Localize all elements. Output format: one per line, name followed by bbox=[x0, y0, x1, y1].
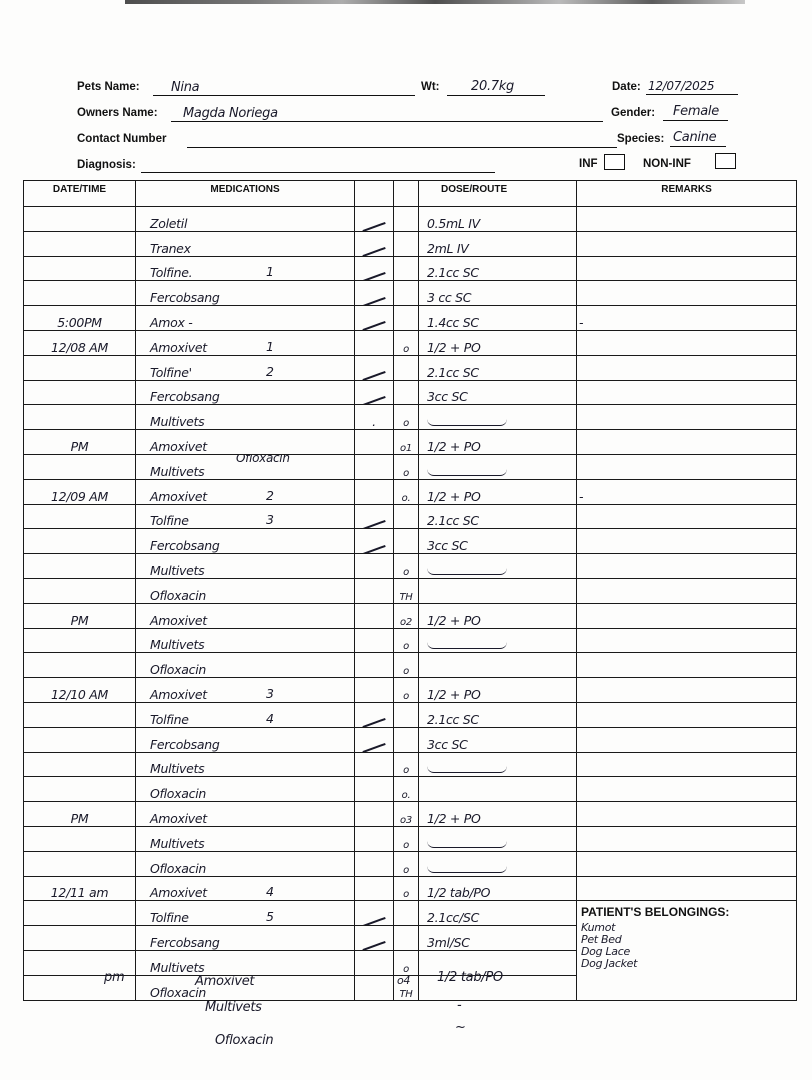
patient-belongings-cell: PATIENT'S BELONGINGS:KumotPet BedDog Lac… bbox=[577, 901, 797, 1000]
table-row: PM Amoxivet o3 1/2 + PO bbox=[24, 802, 797, 827]
dose-route-cell[interactable]: 2.1cc/SC bbox=[419, 901, 577, 926]
check-slash-icon bbox=[362, 545, 385, 554]
table-header-row: DATE/TIME MEDICATIONS DOSE/ROUTE REMARKS bbox=[24, 181, 797, 207]
check-slash-icon bbox=[362, 297, 385, 306]
table-row: Multivets o bbox=[24, 826, 797, 851]
check-slash-icon bbox=[362, 321, 385, 330]
medication-cell[interactable]: Tolfine 5 bbox=[136, 901, 355, 926]
medication-name: Amoxivet bbox=[138, 885, 207, 900]
oral-mark-cell[interactable] bbox=[394, 926, 419, 951]
medication-cell[interactable]: Amox - bbox=[136, 306, 355, 331]
oral-mark-cell[interactable]: o bbox=[394, 554, 419, 579]
medication-cell[interactable]: Multivets bbox=[136, 554, 355, 579]
date-field[interactable]: 12/07/2025 bbox=[646, 80, 738, 95]
oral-mark-cell[interactable]: o bbox=[394, 950, 419, 975]
date-time-cell[interactable] bbox=[24, 926, 136, 951]
table-row: Tolfine 4 2.1cc SC bbox=[24, 702, 797, 727]
remarks-cell[interactable] bbox=[577, 777, 797, 802]
dose-route-cell[interactable] bbox=[419, 851, 577, 876]
administered-mark-cell[interactable] bbox=[355, 950, 394, 975]
table-row: Fercobsang 3 cc SC bbox=[24, 281, 797, 306]
administered-mark-cell[interactable] bbox=[355, 578, 394, 603]
medication-cell[interactable]: Amoxivet bbox=[136, 430, 355, 455]
table-row: 12/11 am Amoxivet 4 o 1/2 tab/PO bbox=[24, 876, 797, 901]
administered-mark-cell[interactable] bbox=[355, 752, 394, 777]
remarks-cell[interactable]: - bbox=[577, 479, 797, 504]
administered-mark-cell[interactable] bbox=[355, 678, 394, 703]
medication-cell[interactable]: Multivets bbox=[136, 628, 355, 653]
medication-cell[interactable]: Tolfine. 1 bbox=[136, 256, 355, 281]
medication-name: Fercobsang bbox=[138, 389, 220, 404]
date-time-cell[interactable]: 12/08 AM bbox=[24, 330, 136, 355]
dose-route-cell[interactable] bbox=[419, 752, 577, 777]
oral-mark-cell[interactable] bbox=[394, 281, 419, 306]
table-row: PM Amoxivet o2 1/2 + PO bbox=[24, 603, 797, 628]
medication-name: Ofloxacin bbox=[138, 786, 206, 801]
oral-mark-cell[interactable]: o bbox=[394, 876, 419, 901]
medication-name: Tolfine. bbox=[138, 265, 192, 280]
dose-count: 2 bbox=[266, 364, 274, 379]
patient-belongings: PATIENT'S BELONGINGS:KumotPet BedDog Lac… bbox=[577, 903, 733, 972]
table-row: Fercobsang 3cc SC bbox=[24, 380, 797, 405]
extra-dose-3: ~ bbox=[455, 1020, 466, 1035]
medication-name: Fercobsang bbox=[138, 737, 220, 752]
check-slash-icon bbox=[362, 520, 385, 529]
remarks-cell[interactable] bbox=[577, 355, 797, 380]
dose-route-cell[interactable]: 3cc SC bbox=[419, 380, 577, 405]
non-inf-checkbox[interactable] bbox=[715, 153, 736, 169]
oral-mark-cell[interactable] bbox=[394, 702, 419, 727]
table-row: Fercobsang 3cc SC bbox=[24, 727, 797, 752]
check-slash-icon bbox=[362, 917, 385, 926]
extra-mark: o4 bbox=[397, 974, 410, 987]
dose-route-cell[interactable]: 1/2 + PO bbox=[419, 802, 577, 827]
medication-cell[interactable]: Zoletil bbox=[136, 207, 355, 232]
medication-cell[interactable]: Ofloxacin bbox=[136, 653, 355, 678]
medication-name: Multivets bbox=[138, 836, 204, 851]
administered-mark-cell[interactable] bbox=[355, 454, 394, 479]
check-slash-icon bbox=[362, 396, 385, 405]
oral-mark-cell[interactable] bbox=[394, 207, 419, 232]
remarks-cell[interactable] bbox=[577, 207, 797, 232]
medication-cell[interactable]: Tolfine 4 bbox=[136, 702, 355, 727]
administered-mark-cell[interactable]: . bbox=[355, 405, 394, 430]
table-row: 5:00PM Amox - 1.4cc SC - bbox=[24, 306, 797, 331]
medication-name: Multivets bbox=[138, 761, 204, 776]
date-time-cell[interactable] bbox=[24, 653, 136, 678]
gender-field[interactable]: Female bbox=[663, 106, 728, 121]
administered-mark-cell[interactable] bbox=[355, 975, 394, 1000]
medication-name: Ofloxacin bbox=[138, 662, 206, 677]
medication-name: Amoxivet bbox=[138, 811, 207, 826]
medication-cell[interactable]: Fercobsang bbox=[136, 380, 355, 405]
column-header-medications: MEDICATIONS bbox=[136, 181, 355, 207]
species-label: Species: bbox=[617, 133, 664, 145]
medication-cell[interactable]: Amoxivet 3 bbox=[136, 678, 355, 703]
administered-mark-cell[interactable] bbox=[355, 851, 394, 876]
date-time-cell[interactable]: 12/09 AM bbox=[24, 479, 136, 504]
oral-mark-cell[interactable] bbox=[394, 256, 419, 281]
medication-name: Amoxivet bbox=[138, 439, 207, 454]
oral-mark-cell[interactable]: o bbox=[394, 851, 419, 876]
dose-count: 4 bbox=[266, 884, 274, 899]
medication-name: Fercobsang bbox=[138, 935, 220, 950]
medication-note: Ofloxacin bbox=[236, 454, 290, 465]
table-row: Ofloxacin TH bbox=[24, 578, 797, 603]
remarks-cell[interactable] bbox=[577, 603, 797, 628]
date-time-cell[interactable] bbox=[24, 851, 136, 876]
dose-route-cell[interactable]: 1.4cc SC bbox=[419, 306, 577, 331]
dose-route-cell[interactable]: 2.1cc SC bbox=[419, 256, 577, 281]
date-time-cell[interactable] bbox=[24, 529, 136, 554]
oral-mark-cell[interactable]: o bbox=[394, 678, 419, 703]
medication-cell[interactable]: Multivets bbox=[136, 405, 355, 430]
medication-cell[interactable]: Amoxivet bbox=[136, 603, 355, 628]
diagnosis-label: Diagnosis: bbox=[77, 159, 136, 171]
date-time-cell[interactable] bbox=[24, 231, 136, 256]
dose-route-cell[interactable] bbox=[419, 826, 577, 851]
date-time-cell[interactable]: PM bbox=[24, 603, 136, 628]
medication-name: Multivets bbox=[138, 960, 204, 975]
medication-name: Amox - bbox=[138, 315, 192, 330]
remarks-cell[interactable] bbox=[577, 727, 797, 752]
contact-number-field[interactable] bbox=[187, 133, 617, 148]
dose-route-cell[interactable]: 1/2 + PO bbox=[419, 430, 577, 455]
oral-mark-cell[interactable]: o bbox=[394, 653, 419, 678]
dose-route-cell[interactable]: 3cc SC bbox=[419, 529, 577, 554]
administered-mark-cell[interactable] bbox=[355, 554, 394, 579]
administered-mark-cell[interactable] bbox=[355, 926, 394, 951]
administered-mark-cell[interactable] bbox=[355, 702, 394, 727]
oral-mark-cell[interactable]: o. bbox=[394, 479, 419, 504]
medication-cell[interactable]: Fercobsang bbox=[136, 281, 355, 306]
date-time-cell[interactable] bbox=[24, 826, 136, 851]
check-slash-icon bbox=[362, 247, 385, 256]
table-row: Tolfine 5 2.1cc/SC PATIENT'S BELONGINGS:… bbox=[24, 901, 797, 926]
dose-route-cell[interactable] bbox=[419, 578, 577, 603]
oral-mark-cell[interactable] bbox=[394, 727, 419, 752]
medication-cell[interactable]: Amoxivet 2 bbox=[136, 479, 355, 504]
date-time-cell[interactable]: 12/10 AM bbox=[24, 678, 136, 703]
medication-cell[interactable]: Ofloxacin bbox=[136, 578, 355, 603]
column-header-date-time: DATE/TIME bbox=[24, 181, 136, 207]
remarks-cell[interactable] bbox=[577, 826, 797, 851]
dose-route-cell[interactable] bbox=[419, 777, 577, 802]
dose-route-cell[interactable] bbox=[419, 554, 577, 579]
administered-mark-cell[interactable] bbox=[355, 355, 394, 380]
medication-name: Tranex bbox=[138, 241, 191, 256]
date-time-cell[interactable] bbox=[24, 504, 136, 529]
medication-name: Tolfine' bbox=[138, 365, 192, 380]
table-row: Tolfine' 2 2.1cc SC bbox=[24, 355, 797, 380]
remarks-cell[interactable] bbox=[577, 578, 797, 603]
table-row: Multivets o bbox=[24, 554, 797, 579]
dose-count: 3 bbox=[266, 512, 274, 527]
administered-mark-cell[interactable] bbox=[355, 727, 394, 752]
remarks-cell[interactable] bbox=[577, 678, 797, 703]
oral-mark-cell[interactable]: o bbox=[394, 752, 419, 777]
oral-mark-cell[interactable]: o bbox=[394, 405, 419, 430]
administered-mark-cell[interactable] bbox=[355, 256, 394, 281]
administered-mark-cell[interactable] bbox=[355, 430, 394, 455]
medication-cell[interactable]: Multivets bbox=[136, 752, 355, 777]
table-row: Ofloxacin o bbox=[24, 851, 797, 876]
remarks-cell[interactable] bbox=[577, 430, 797, 455]
remarks-cell[interactable] bbox=[577, 454, 797, 479]
date-time-cell[interactable] bbox=[24, 702, 136, 727]
remarks-cell[interactable] bbox=[577, 653, 797, 678]
oral-mark-cell[interactable] bbox=[394, 231, 419, 256]
check-slash-icon bbox=[362, 371, 385, 380]
medication-name: Fercobsang bbox=[138, 290, 220, 305]
administered-mark-cell[interactable] bbox=[355, 826, 394, 851]
check-slash-icon bbox=[362, 743, 385, 752]
remarks-cell[interactable] bbox=[577, 231, 797, 256]
table-row: Fercobsang 3cc SC bbox=[24, 529, 797, 554]
administered-mark-cell[interactable] bbox=[355, 330, 394, 355]
dose-count: 4 bbox=[266, 711, 274, 726]
same-dose-squiggle-icon bbox=[427, 469, 507, 476]
extra-med-1: Amoxivet bbox=[195, 974, 254, 989]
pets-name-value: Nina bbox=[171, 80, 199, 95]
table-row: Multivets . o bbox=[24, 405, 797, 430]
table-row: Multivets o bbox=[24, 752, 797, 777]
remarks-cell[interactable] bbox=[577, 876, 797, 901]
remarks-cell[interactable] bbox=[577, 851, 797, 876]
date-time-cell[interactable] bbox=[24, 207, 136, 232]
owners-name-field[interactable]: Magda Noriega bbox=[171, 107, 603, 122]
medication-name: Amoxivet bbox=[138, 687, 207, 702]
medication-name: Multivets bbox=[138, 563, 204, 578]
medication-table: DATE/TIME MEDICATIONS DOSE/ROUTE REMARKS… bbox=[23, 180, 797, 1001]
administered-mark-cell[interactable] bbox=[355, 380, 394, 405]
medication-name: Amoxivet bbox=[138, 340, 207, 355]
check-slash-icon bbox=[362, 718, 385, 727]
date-time-cell[interactable]: 12/11 am bbox=[24, 876, 136, 901]
extra-dose-1: 1/2 tab/PO bbox=[437, 970, 503, 985]
weight-label: Wt: bbox=[421, 81, 440, 93]
table-row: Tolfine 3 2.1cc SC bbox=[24, 504, 797, 529]
medication-cell[interactable]: Multivets Ofloxacin bbox=[136, 454, 355, 479]
dose-count: 1 bbox=[266, 339, 274, 354]
dose-route-cell[interactable]: 1/2 + PO bbox=[419, 330, 577, 355]
administered-mark-cell[interactable] bbox=[355, 504, 394, 529]
date-time-cell[interactable] bbox=[24, 554, 136, 579]
administered-mark-cell[interactable] bbox=[355, 231, 394, 256]
dose-route-cell[interactable]: 1/2 + PO bbox=[419, 603, 577, 628]
administered-mark-cell[interactable] bbox=[355, 479, 394, 504]
date-time-cell[interactable] bbox=[24, 405, 136, 430]
remarks-cell[interactable] bbox=[577, 405, 797, 430]
dose-count: 2 bbox=[266, 488, 274, 503]
dose-route-cell[interactable] bbox=[419, 653, 577, 678]
scan-top-edge bbox=[125, 0, 745, 4]
remarks-cell[interactable] bbox=[577, 256, 797, 281]
date-time-cell[interactable] bbox=[24, 901, 136, 926]
table-row: Multivets Ofloxacin o bbox=[24, 454, 797, 479]
medication-name: Ofloxacin bbox=[138, 861, 206, 876]
dose-route-cell[interactable]: 1/2 tab/PO bbox=[419, 876, 577, 901]
same-dose-squiggle-icon bbox=[427, 419, 507, 426]
column-header-check-b bbox=[394, 181, 419, 207]
oral-mark-cell[interactable]: o2 bbox=[394, 603, 419, 628]
date-time-cell[interactable]: 5:00PM bbox=[24, 306, 136, 331]
date-time-cell[interactable] bbox=[24, 454, 136, 479]
remarks-cell[interactable] bbox=[577, 380, 797, 405]
date-time-cell[interactable] bbox=[24, 727, 136, 752]
contact-number-label: Contact Number bbox=[77, 133, 166, 145]
extra-dose-2: - bbox=[457, 998, 461, 1013]
medication-cell[interactable]: Tolfine 3 bbox=[136, 504, 355, 529]
dose-route-cell[interactable]: 1/2 + PO bbox=[419, 479, 577, 504]
inf-checkbox[interactable] bbox=[604, 154, 625, 170]
dose-count: 3 bbox=[266, 686, 274, 701]
administered-mark-cell[interactable] bbox=[355, 777, 394, 802]
dose-route-cell[interactable]: 3 cc SC bbox=[419, 281, 577, 306]
dose-route-cell[interactable] bbox=[419, 405, 577, 430]
oral-mark-cell[interactable] bbox=[394, 380, 419, 405]
date-time-cell[interactable] bbox=[24, 752, 136, 777]
dose-route-cell[interactable]: 2.1cc SC bbox=[419, 504, 577, 529]
dose-route-cell[interactable] bbox=[419, 628, 577, 653]
oral-mark-cell[interactable] bbox=[394, 901, 419, 926]
column-header-remarks: REMARKS bbox=[577, 181, 797, 207]
medication-cell[interactable]: Fercobsang bbox=[136, 926, 355, 951]
same-dose-squiggle-icon bbox=[427, 568, 507, 575]
oral-mark-cell[interactable]: o bbox=[394, 826, 419, 851]
medication-name: Amoxivet bbox=[138, 489, 207, 504]
oral-mark-cell[interactable]: TH bbox=[394, 578, 419, 603]
medication-cell[interactable]: Amoxivet 1 bbox=[136, 330, 355, 355]
date-time-cell[interactable] bbox=[24, 355, 136, 380]
medication-cell[interactable]: Multivets bbox=[136, 826, 355, 851]
table-row: 12/10 AM Amoxivet 3 o 1/2 + PO bbox=[24, 678, 797, 703]
administered-mark-cell[interactable] bbox=[355, 603, 394, 628]
administered-mark-cell[interactable] bbox=[355, 281, 394, 306]
administered-mark-cell[interactable] bbox=[355, 802, 394, 827]
medication-cell[interactable]: Ofloxacin bbox=[136, 777, 355, 802]
medication-cell[interactable]: Fercobsang bbox=[136, 727, 355, 752]
medication-cell[interactable]: Multivets bbox=[136, 950, 355, 975]
oral-mark-cell[interactable]: o. bbox=[394, 777, 419, 802]
medication-cell[interactable]: Ofloxacin bbox=[136, 851, 355, 876]
oral-mark-cell[interactable] bbox=[394, 355, 419, 380]
diagnosis-field[interactable] bbox=[141, 158, 495, 173]
species-field[interactable]: Canine bbox=[670, 132, 726, 147]
date-time-cell[interactable] bbox=[24, 256, 136, 281]
oral-mark-cell[interactable] bbox=[394, 504, 419, 529]
medication-name: Ofloxacin bbox=[138, 588, 206, 603]
table-row: 12/08 AM Amoxivet 1 o 1/2 + PO bbox=[24, 330, 797, 355]
dose-route-cell[interactable]: 3cc SC bbox=[419, 727, 577, 752]
remarks-cell[interactable] bbox=[577, 802, 797, 827]
medication-cell[interactable]: Amoxivet 4 bbox=[136, 876, 355, 901]
pets-name-field[interactable]: Nina bbox=[153, 81, 415, 96]
dose-route-cell[interactable]: 2.1cc SC bbox=[419, 355, 577, 380]
table-row: 12/09 AM Amoxivet 2 o. 1/2 + PO - bbox=[24, 479, 797, 504]
administered-mark-cell[interactable] bbox=[355, 306, 394, 331]
oral-mark-cell[interactable]: o1 bbox=[394, 430, 419, 455]
date-time-cell[interactable] bbox=[24, 281, 136, 306]
administered-mark-cell[interactable] bbox=[355, 653, 394, 678]
remarks-cell[interactable]: - bbox=[577, 306, 797, 331]
extra-med-2: Multivets bbox=[205, 1000, 262, 1015]
check-slash-icon bbox=[362, 222, 385, 231]
dose-route-cell[interactable]: 2mL IV bbox=[419, 231, 577, 256]
medication-cell[interactable]: Fercobsang bbox=[136, 529, 355, 554]
dose-route-cell[interactable]: 2.1cc SC bbox=[419, 702, 577, 727]
species-value: Canine bbox=[673, 130, 716, 145]
date-time-cell[interactable] bbox=[24, 578, 136, 603]
same-dose-squiggle-icon bbox=[427, 866, 507, 873]
administered-mark-cell[interactable] bbox=[355, 901, 394, 926]
owners-name-value: Magda Noriega bbox=[183, 106, 278, 121]
remarks-cell[interactable] bbox=[577, 554, 797, 579]
gender-value: Female bbox=[673, 104, 719, 119]
same-dose-squiggle-icon bbox=[427, 766, 507, 773]
medication-cell[interactable]: Tranex bbox=[136, 231, 355, 256]
dose-count: 5 bbox=[266, 909, 274, 924]
remarks-cell[interactable] bbox=[577, 628, 797, 653]
check-slash-icon bbox=[362, 272, 385, 281]
table-row: Zoletil 0.5mL IV bbox=[24, 207, 797, 232]
date-time-cell[interactable]: PM bbox=[24, 802, 136, 827]
medication-cell[interactable]: Tolfine' 2 bbox=[136, 355, 355, 380]
dose-route-cell[interactable]: 3ml/SC bbox=[419, 926, 577, 951]
oral-mark-cell[interactable]: o3 bbox=[394, 802, 419, 827]
medication-name: Fercobsang bbox=[138, 538, 220, 553]
oral-mark-cell[interactable] bbox=[394, 306, 419, 331]
dose-route-cell[interactable] bbox=[419, 454, 577, 479]
oral-mark-cell[interactable]: o bbox=[394, 330, 419, 355]
same-dose-squiggle-icon bbox=[427, 841, 507, 848]
remarks-cell[interactable] bbox=[577, 529, 797, 554]
table-row: Tolfine. 1 2.1cc SC bbox=[24, 256, 797, 281]
remarks-cell[interactable] bbox=[577, 702, 797, 727]
weight-value: 20.7kg bbox=[471, 79, 514, 94]
oral-mark-cell[interactable] bbox=[394, 529, 419, 554]
medication-name: Zoletil bbox=[138, 216, 187, 231]
same-dose-squiggle-icon bbox=[427, 642, 507, 649]
medication-name: Tolfine bbox=[138, 712, 189, 727]
administered-mark-cell[interactable] bbox=[355, 876, 394, 901]
dose-route-cell[interactable]: 1/2 + PO bbox=[419, 678, 577, 703]
dose-route-cell[interactable]: 0.5mL IV bbox=[419, 207, 577, 232]
medication-name: Amoxivet bbox=[138, 613, 207, 628]
date-time-cell[interactable] bbox=[24, 628, 136, 653]
medication-cell[interactable]: Amoxivet bbox=[136, 802, 355, 827]
weight-field[interactable]: 20.7kg bbox=[447, 81, 545, 96]
column-header-dose-route: DOSE/ROUTE bbox=[419, 181, 577, 207]
gender-label: Gender: bbox=[611, 107, 655, 119]
remarks-cell[interactable] bbox=[577, 504, 797, 529]
date-time-cell[interactable]: PM bbox=[24, 430, 136, 455]
remarks-cell[interactable] bbox=[577, 330, 797, 355]
administered-mark-cell[interactable] bbox=[355, 207, 394, 232]
remarks-cell[interactable] bbox=[577, 281, 797, 306]
date-time-cell[interactable] bbox=[24, 380, 136, 405]
date-time-cell[interactable] bbox=[24, 777, 136, 802]
date-label: Date: bbox=[612, 81, 641, 93]
remarks-cell[interactable] bbox=[577, 752, 797, 777]
administered-mark-cell[interactable] bbox=[355, 529, 394, 554]
oral-mark-cell[interactable]: o bbox=[394, 454, 419, 479]
column-header-check-a bbox=[355, 181, 394, 207]
dose-count: 1 bbox=[266, 264, 274, 279]
oral-mark-cell[interactable]: o bbox=[394, 628, 419, 653]
administered-mark-cell[interactable] bbox=[355, 628, 394, 653]
medication-name: Multivets bbox=[138, 464, 204, 479]
